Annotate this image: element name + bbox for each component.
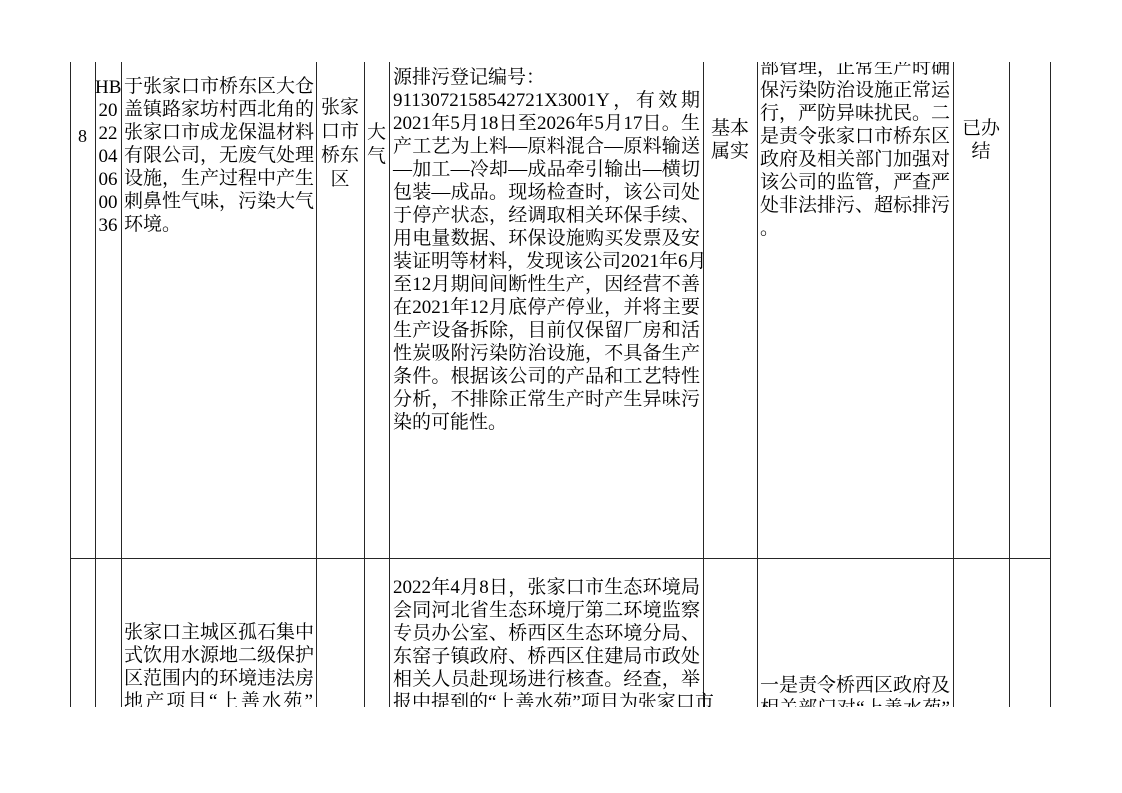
cell-status: 已办 结 bbox=[953, 117, 1009, 163]
investigation-line: 2021年5月18日至2026年5月17日。生 bbox=[393, 112, 700, 135]
status-line: 结 bbox=[953, 140, 1009, 163]
verification-line: 基本 bbox=[703, 117, 757, 140]
status-line: 已办 bbox=[953, 117, 1009, 140]
case-number-line: HB bbox=[95, 76, 121, 99]
pollution-type-line: 大 bbox=[364, 121, 389, 145]
investigation-line: 包装—成品。现场检查时，该公司处 bbox=[393, 181, 700, 204]
pollution-type-line: 气 bbox=[364, 145, 389, 169]
handling-line: 政府及相关部门加强对 bbox=[760, 148, 950, 171]
handling-line: 处非法排污、超标排污 bbox=[760, 194, 950, 217]
table-border-right bbox=[1050, 62, 1051, 707]
cell-complaint: 张家口主城区孤石集中 式饮用水源地二级保护 区范围内的环境违法房 地产项目“上善… bbox=[124, 621, 313, 707]
case-number-line: 22 bbox=[95, 122, 121, 145]
investigation-line: 9113072158542721X3001Y，有效期 bbox=[393, 89, 700, 112]
investigation-line: 至12月期间间断性生产，因经营不善 bbox=[393, 273, 700, 296]
investigation-line: 性炭吸附污染防治设施，不具备生产 bbox=[393, 342, 700, 365]
investigation-line: 条件。根据该公司的产品和工艺特性 bbox=[393, 365, 700, 388]
investigation-line: —加工—冷却—成品牵引输出—横切 bbox=[393, 158, 700, 181]
row-divider-line bbox=[70, 558, 1051, 559]
investigation-line: 染的可能性。 bbox=[393, 411, 700, 434]
investigation-line: 专员办公室、桥西区生态环境分局、 bbox=[393, 622, 700, 645]
table-grid-line bbox=[121, 62, 122, 707]
cell-area: 张家 口市 桥东 区 bbox=[316, 96, 364, 192]
cell-verification: 基本 属实 bbox=[703, 117, 757, 163]
investigation-line: 会同河北省生态环境厅第二环境监察 bbox=[393, 599, 700, 622]
cell-investigation: 源排污登记编号： 9113072158542721X3001Y，有效期 2021… bbox=[393, 66, 700, 434]
complaint-line: 地产项目“上善水苑” bbox=[124, 690, 313, 707]
investigation-line: 装证明等材料，发现该公司2021年6月 bbox=[393, 250, 700, 273]
investigation-line: 于停产状态，经调取相关环保手续、 bbox=[393, 204, 700, 227]
area-line: 桥东 bbox=[316, 144, 364, 168]
handling-line: 是责令张家口市桥东区 bbox=[760, 125, 950, 148]
complaint-line: 区范围内的环境违法房 bbox=[124, 667, 313, 690]
investigation-line: 产工艺为上料—原料混合—原料输送 bbox=[393, 135, 700, 158]
handling-line: 一是责令桥西区政府及 bbox=[760, 674, 950, 697]
investigation-line: 2022年4月8日，张家口市生态环境局 bbox=[393, 576, 700, 599]
case-number-line: 20 bbox=[95, 99, 121, 122]
case-number-line: 04 bbox=[95, 145, 121, 168]
complaint-line: 设施，生产过程中产生 bbox=[124, 167, 313, 190]
investigation-line: 源排污登记编号： bbox=[393, 66, 700, 89]
investigation-line: 分析，不排除正常生产时产生异味污 bbox=[393, 388, 700, 411]
table-grid-line bbox=[389, 62, 390, 707]
case-number-line: 00 bbox=[95, 191, 121, 214]
area-line: 口市 bbox=[316, 120, 364, 144]
case-number-line: 36 bbox=[95, 214, 121, 237]
complaint-line: 张家口主城区孤石集中 bbox=[124, 621, 313, 644]
investigation-line: 报中提到的“上善水苑”项目为张家口市 bbox=[393, 691, 700, 707]
table-border-left bbox=[70, 62, 71, 707]
cell-complaint: 于张家口市桥东区大仓 盖镇路家坊村西北角的 张家口市成龙保温材料 有限公司，无废… bbox=[124, 75, 313, 236]
document-page: 8 HB 20 22 04 06 00 36 于张家口市桥东区大仓 盖镇路家坊村… bbox=[0, 0, 1122, 793]
complaint-line: 刺鼻性气味，污染大气 bbox=[124, 190, 313, 213]
complaint-line: 有限公司，无废气处理 bbox=[124, 144, 313, 167]
cell-pollution-type: 大 气 bbox=[364, 121, 389, 169]
complaint-line: 于张家口市桥东区大仓 bbox=[124, 75, 313, 98]
investigation-line: 生产设备拆除，目前仅保留厂房和活 bbox=[393, 319, 700, 342]
area-line: 区 bbox=[316, 168, 364, 192]
cell-row-number: 8 bbox=[70, 125, 95, 148]
case-number-line: 06 bbox=[95, 168, 121, 191]
verification-line: 属实 bbox=[703, 140, 757, 163]
complaint-line: 张家口市成龙保温材料 bbox=[124, 121, 313, 144]
investigation-line: 相关人员赴现场进行核查。经查，举 bbox=[393, 668, 700, 691]
cell-case-number: HB 20 22 04 06 00 36 bbox=[95, 76, 121, 237]
investigation-line: 在2021年12月底停产停业，并将主要 bbox=[393, 296, 700, 319]
complaint-line: 环境。 bbox=[124, 213, 313, 236]
investigation-line: 东窑子镇政府、桥西区住建局市政处 bbox=[393, 645, 700, 668]
cell-handling: 部管理，正常生产时确 保污染防治设施正常运 行，严防异味扰民。二 是责令张家口市… bbox=[760, 62, 950, 240]
handling-line: 保污染防治设施正常运 bbox=[760, 79, 950, 102]
handling-line: 行，严防异味扰民。二 bbox=[760, 102, 950, 125]
handling-line: 相关部门对“上善水苑” bbox=[760, 697, 950, 707]
complaint-line: 式饮用水源地二级保护 bbox=[124, 644, 313, 667]
row-number: 8 bbox=[70, 125, 95, 148]
table-grid-line bbox=[757, 62, 758, 707]
handling-line: 部管理，正常生产时确 bbox=[760, 62, 950, 79]
table-region: 8 HB 20 22 04 06 00 36 于张家口市桥东区大仓 盖镇路家坊村… bbox=[70, 62, 1051, 707]
cell-handling: 一是责令桥西区政府及 相关部门对“上善水苑” bbox=[760, 674, 950, 707]
cell-investigation: 2022年4月8日，张家口市生态环境局 会同河北省生态环境厅第二环境监察 专员办… bbox=[393, 576, 700, 707]
area-line: 张家 bbox=[316, 96, 364, 120]
handling-line: 。 bbox=[760, 217, 950, 240]
handling-line: 该公司的监管，严查严 bbox=[760, 171, 950, 194]
investigation-line: 用电量数据、环保设施购买发票及安 bbox=[393, 227, 700, 250]
table-grid-line bbox=[1009, 62, 1010, 707]
complaint-line: 盖镇路家坊村西北角的 bbox=[124, 98, 313, 121]
